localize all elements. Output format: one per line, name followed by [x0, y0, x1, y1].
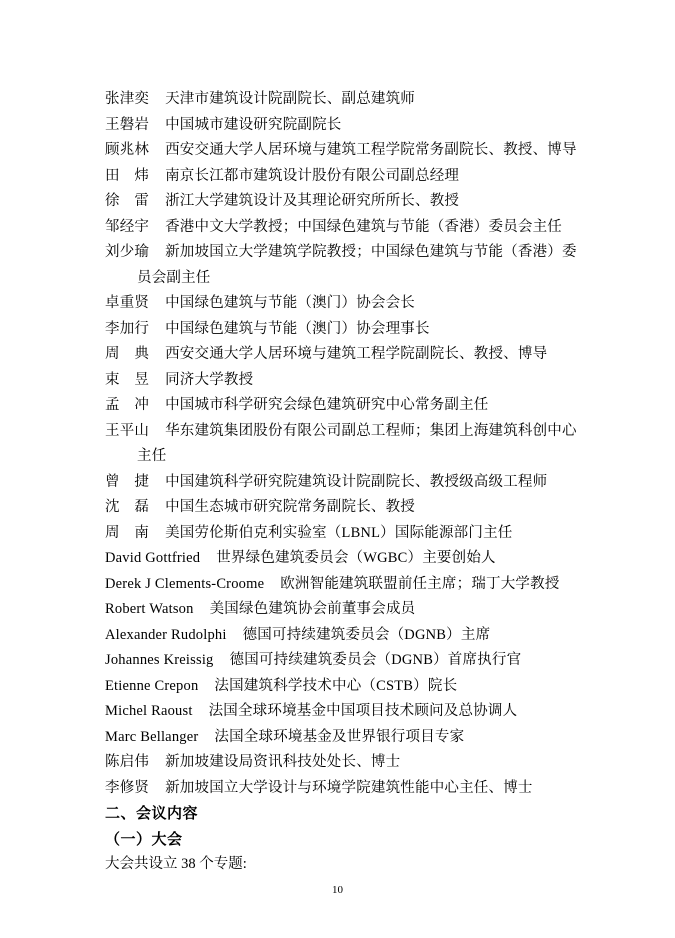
attendee-title: 中国建筑科学研究院建筑设计院副院长、教授级高级工程师	[165, 474, 547, 490]
document-page: 张津奕天津市建筑设计院副院长、副总建筑师 王磐岩中国城市建设研究院副院长 顾兆林…	[0, 0, 675, 938]
attendee-entry: 沈 磊中国生态城市研究院常务副院长、教授	[105, 495, 591, 521]
attendee-name: Johannes Kreissig	[105, 652, 214, 668]
attendee-title: 中国生态城市研究院常务副院长、教授	[165, 499, 415, 515]
attendee-name: 束 昱	[105, 372, 149, 388]
attendee-name: 陈启伟	[105, 754, 149, 770]
attendee-title: 法国全球环境基金中国项目技术顾问及总协调人	[209, 703, 518, 719]
attendee-title: 法国建筑科学技术中心（CSTB）院长	[214, 678, 457, 694]
attendee-name: Etienne Crepon	[105, 678, 198, 694]
attendee-name: 刘少瑜	[105, 244, 149, 260]
attendee-entry: 周 南美国劳伦斯伯克利实验室（LBNL）国际能源部门主任	[105, 521, 591, 547]
attendee-title: 香港中文大学教授；中国绿色建筑与节能（香港）委员会主任	[165, 219, 562, 235]
attendee-entry: 徐 雷浙江大学建筑设计及其理论研究所所长、教授	[105, 189, 591, 215]
section-heading-meeting-content: 二、会议内容	[105, 801, 591, 827]
attendee-title: 新加坡国立大学设计与环境学院建筑性能中心主任、博士	[165, 780, 533, 796]
attendee-entry: 李修贤新加坡国立大学设计与环境学院建筑性能中心主任、博士	[105, 776, 591, 802]
attendee-title: 中国城市科学研究会绿色建筑研究中心常务副主任	[165, 397, 488, 413]
attendee-entry: 曾 捷中国建筑科学研究院建筑设计院副院长、教授级高级工程师	[105, 470, 591, 496]
attendee-entry: 孟 冲中国城市科学研究会绿色建筑研究中心常务副主任	[105, 393, 591, 419]
attendee-entry: 李加行中国绿色建筑与节能（澳门）协会理事长	[105, 317, 591, 343]
attendee-title: 世界绿色建筑委员会（WGBC）主要创始人	[216, 550, 496, 566]
attendee-name: David Gottfried	[105, 550, 200, 566]
attendee-title: 中国绿色建筑与节能（澳门）协会会长	[165, 295, 415, 311]
attendee-name: Robert Watson	[105, 601, 194, 617]
attendee-name: 邹经宇	[105, 219, 149, 235]
attendee-name: 李加行	[105, 321, 149, 337]
subsection-heading-plenary: （一）大会	[105, 827, 591, 853]
attendee-name: 周 南	[105, 525, 149, 541]
attendee-name: 张津奕	[105, 91, 149, 107]
attendee-entry: 王磐岩中国城市建设研究院副院长	[105, 113, 591, 139]
attendee-title: 德国可持续建筑委员会（DGNB）主席	[243, 627, 491, 643]
attendee-name: Marc Bellanger	[105, 729, 198, 745]
attendee-title: 欧洲智能建筑联盟前任主席；瑞丁大学教授	[280, 576, 559, 592]
attendee-name: 周 典	[105, 346, 149, 362]
attendee-name: Michel Raoust	[105, 703, 193, 719]
attendee-entry: 王平山华东建筑集团股份有限公司副总工程师；集团上海建筑科创中心主任	[105, 419, 591, 470]
attendee-entry: 田 炜南京长江都市建筑设计股份有限公司副总经理	[105, 164, 591, 190]
attendee-title: 中国城市建设研究院副院长	[165, 117, 341, 133]
attendee-name: 王磐岩	[105, 117, 149, 133]
plenary-intro-text: 大会共设立 38 个专题:	[105, 852, 591, 878]
attendee-entry: Johannes Kreissig德国可持续建筑委员会（DGNB）首席执行官	[105, 648, 591, 674]
attendee-title: 西安交通大学人居环境与建筑工程学院副院长、教授、博导	[165, 346, 547, 362]
attendee-name: Alexander Rudolphi	[105, 627, 227, 643]
attendee-entry: Alexander Rudolphi德国可持续建筑委员会（DGNB）主席	[105, 623, 591, 649]
attendee-name: 卓重贤	[105, 295, 149, 311]
attendee-entry: 刘少瑜新加坡国立大学建筑学院教授；中国绿色建筑与节能（香港）委员会副主任	[105, 240, 591, 291]
attendee-entry: Etienne Crepon法国建筑科学技术中心（CSTB）院长	[105, 674, 591, 700]
attendee-entry: Derek J Clements-Croome欧洲智能建筑联盟前任主席；瑞丁大学…	[105, 572, 591, 598]
attendee-title: 同济大学教授	[165, 372, 253, 388]
attendee-title: 南京长江都市建筑设计股份有限公司副总经理	[165, 168, 459, 184]
page-content: 张津奕天津市建筑设计院副院长、副总建筑师 王磐岩中国城市建设研究院副院长 顾兆林…	[105, 87, 591, 878]
attendee-entry: 邹经宇香港中文大学教授；中国绿色建筑与节能（香港）委员会主任	[105, 215, 591, 241]
attendee-title: 美国劳伦斯伯克利实验室（LBNL）国际能源部门主任	[165, 525, 512, 541]
attendee-title: 新加坡国立大学建筑学院教授；中国绿色建筑与节能（香港）委员会副主任	[137, 244, 577, 286]
attendee-title: 中国绿色建筑与节能（澳门）协会理事长	[165, 321, 430, 337]
attendee-name: 王平山	[105, 423, 149, 439]
attendee-entry: 束 昱同济大学教授	[105, 368, 591, 394]
attendee-title: 法国全球环境基金及世界银行项目专家	[214, 729, 464, 745]
attendee-title: 浙江大学建筑设计及其理论研究所所长、教授	[165, 193, 459, 209]
attendee-title: 华东建筑集团股份有限公司副总工程师；集团上海建筑科创中心主任	[137, 423, 577, 465]
attendee-name: 徐 雷	[105, 193, 149, 209]
attendee-name: 顾兆林	[105, 142, 149, 158]
attendee-name: 曾 捷	[105, 474, 149, 490]
attendee-name: 沈 磊	[105, 499, 149, 515]
attendee-entry: 周 典西安交通大学人居环境与建筑工程学院副院长、教授、博导	[105, 342, 591, 368]
attendee-title: 德国可持续建筑委员会（DGNB）首席执行官	[230, 652, 522, 668]
attendee-name: Derek J Clements-Croome	[105, 576, 264, 592]
attendee-entry: 顾兆林西安交通大学人居环境与建筑工程学院常务副院长、教授、博导	[105, 138, 591, 164]
page-number: 10	[0, 883, 675, 897]
attendee-name: 李修贤	[105, 780, 149, 796]
attendee-entry: 陈启伟新加坡建设局资讯科技处处长、博士	[105, 750, 591, 776]
attendee-entry: David Gottfried世界绿色建筑委员会（WGBC）主要创始人	[105, 546, 591, 572]
attendee-title: 西安交通大学人居环境与建筑工程学院常务副院长、教授、博导	[165, 142, 577, 158]
attendee-title: 新加坡建设局资讯科技处处长、博士	[165, 754, 400, 770]
attendee-title: 美国绿色建筑协会前董事会成员	[210, 601, 416, 617]
attendee-entry: 卓重贤中国绿色建筑与节能（澳门）协会会长	[105, 291, 591, 317]
attendee-name: 孟 冲	[105, 397, 149, 413]
attendee-entry: Michel Raoust法国全球环境基金中国项目技术顾问及总协调人	[105, 699, 591, 725]
attendee-entry: Marc Bellanger法国全球环境基金及世界银行项目专家	[105, 725, 591, 751]
attendee-entry: Robert Watson美国绿色建筑协会前董事会成员	[105, 597, 591, 623]
attendee-list: 张津奕天津市建筑设计院副院长、副总建筑师 王磐岩中国城市建设研究院副院长 顾兆林…	[105, 87, 591, 801]
attendee-name: 田 炜	[105, 168, 149, 184]
attendee-entry: 张津奕天津市建筑设计院副院长、副总建筑师	[105, 87, 591, 113]
attendee-title: 天津市建筑设计院副院长、副总建筑师	[165, 91, 415, 107]
